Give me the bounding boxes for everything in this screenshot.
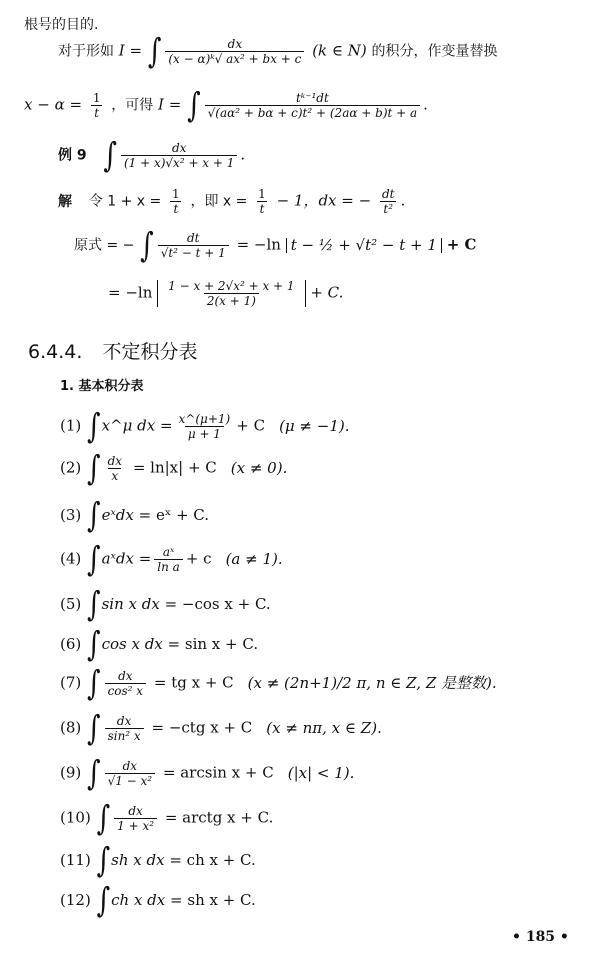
final-eq: = −ln — [108, 284, 152, 302]
formula-label: (1) — [60, 417, 81, 435]
integrand: ch x dx — [111, 891, 165, 909]
integral-sign-icon: ∫ — [87, 499, 101, 533]
formula-row: (11) ∫sh x dx = ch x + C. — [60, 848, 256, 874]
example-label: 例 9 — [58, 148, 87, 164]
fraction: 1 − x + 2√x² + x + 12(x + 1) — [165, 280, 297, 307]
sub-lhs: x − α = — [24, 96, 82, 114]
final-c: + C. — [310, 284, 343, 302]
formula-condition: (a ≠ 1). — [226, 550, 283, 568]
abs-expression: 1 − x + 2√x² + x + 12(x + 1) — [157, 280, 305, 307]
fraction: dxsin² x — [105, 715, 144, 742]
sub-mid: ，可得 — [111, 98, 153, 114]
formula-row: (5) ∫sin x dx = −cos x + C. — [60, 592, 271, 618]
formula-eq: = −ctg x + C — [151, 719, 252, 737]
formula-label: (4) — [60, 550, 81, 568]
fraction: x^(μ+1)μ + 1 — [176, 413, 234, 440]
formula-condition: (x ≠ nπ, x ∈ Z). — [266, 719, 382, 737]
section-title: 不定积分表 — [102, 341, 197, 363]
formula-row: (1) ∫x^μ dx =x^(μ+1)μ + 1+ C(μ ≠ −1). — [60, 413, 350, 440]
fraction: dxx — [105, 455, 125, 482]
integral-sign-icon: ∫ — [148, 35, 162, 69]
orig-label: 原式 = − — [74, 238, 134, 254]
integral-sign-icon: ∫ — [87, 588, 101, 622]
integral-sign-icon: ∫ — [87, 452, 101, 486]
sub-I: I = — [158, 96, 181, 114]
formula-row: (12) ∫ch x dx = sh x + C. — [60, 888, 256, 914]
formula-eq: = tg x + C — [154, 674, 234, 692]
formula-rest: + C — [236, 417, 265, 435]
formula-label: (10) — [60, 809, 91, 827]
formula-row: (4) ∫aˣdx =aˣln a+ c(a ≠ 1). — [60, 546, 283, 573]
fraction: dxcos² x — [105, 670, 147, 697]
formula-eq: = eˣ + C. — [139, 506, 209, 524]
integrand: sin x dx — [102, 595, 160, 613]
integral-sign-icon: ∫ — [87, 757, 101, 791]
formula-row: (2) ∫dxx = ln|x| + C(x ≠ 0). — [60, 455, 287, 482]
subsection-heading: 1. 基本积分表 — [60, 380, 144, 393]
intro-suffix: 的积分，作变量替换 — [372, 44, 498, 60]
fraction: tᵏ⁻¹dt√(aα² + bα + c)t² + (2aα + b)t + a — [205, 92, 421, 119]
solution-label: 解 — [58, 194, 72, 210]
formula-row: (9) ∫dx√1 − x² = arcsin x + C(|x| < 1). — [60, 760, 354, 787]
integral-sign-icon: ∫ — [87, 543, 101, 577]
section-heading: 6.4.4. 不定积分表 — [28, 343, 197, 362]
fraction: 1t — [169, 188, 183, 215]
formula-condition: (x ≠ 0). — [231, 459, 288, 477]
integral-sign-icon: ∫ — [87, 410, 101, 444]
intro-text: 根号的目的. — [24, 18, 98, 32]
formula-eq: = arctg x + C. — [165, 809, 274, 827]
formula-label: (5) — [60, 595, 81, 613]
fraction: dx1 + x² — [114, 805, 157, 832]
final-result: = −ln 1 − x + 2√x² + x + 12(x + 1) + C. — [108, 280, 343, 307]
abs-expression: t − ½ + √t² − t + 1 — [286, 238, 442, 253]
solution-line: 解 令 1 + x = 1t ，即 x = 1t − 1，dx = − dtt²… — [58, 188, 405, 215]
integrand: eˣdx — [102, 506, 134, 524]
formula-row: (6) ∫cos x dx = sin x + C. — [60, 632, 258, 658]
formula-label: (7) — [60, 674, 81, 692]
formula-label: (8) — [60, 719, 81, 737]
condition: (k ∈ N) — [312, 42, 367, 60]
integrand: x^μ dx — [102, 417, 156, 435]
formula-label: (2) — [60, 459, 81, 477]
fraction: dx√1 − x² — [105, 760, 156, 787]
integral-sign-icon: ∫ — [103, 139, 117, 173]
fraction: dx(x − α)ᵏ√ ax² + bx + c — [165, 38, 304, 65]
sol-text: 令 1 + x = — [89, 194, 161, 210]
formula-condition: (x ≠ (2n+1)/2 π, n ∈ Z, Z 是整数). — [248, 674, 497, 692]
integral-sign-icon: ∫ — [140, 229, 154, 263]
integral-sign-icon: ∫ — [87, 628, 101, 662]
formula-row: (3) ∫eˣdx = eˣ + C. — [60, 503, 209, 529]
integrand: cos x dx — [102, 635, 163, 653]
formula-label: (11) — [60, 851, 91, 869]
formula-row: (8) ∫dxsin² x = −ctg x + C(x ≠ nπ, x ∈ Z… — [60, 715, 382, 742]
formula-eq: = sh x + C. — [170, 891, 256, 909]
formula-eq: = — [160, 417, 173, 435]
original-expression: 原式 = − ∫dt√t² − t + 1 = −ln t − ½ + √t² … — [74, 232, 476, 259]
formula-label: (6) — [60, 635, 81, 653]
formula-eq: = sin x + C. — [168, 635, 259, 653]
integral-sign-icon: ∫ — [97, 802, 111, 836]
formula-row: (7) ∫dxcos² x = tg x + C(x ≠ (2n+1)/2 π,… — [60, 670, 497, 697]
integral-sign-icon: ∫ — [87, 667, 101, 701]
orig-c: + C — [447, 236, 477, 254]
formula-row: (10) ∫dx1 + x² = arctg x + C. — [60, 805, 273, 832]
formula-eq: = ln|x| + C — [133, 459, 217, 477]
formula-condition: (μ ≠ −1). — [279, 417, 349, 435]
integral-sign-icon: ∫ — [87, 712, 101, 746]
fraction: dt√t² − t + 1 — [158, 232, 229, 259]
formula-eq: = −cos x + C. — [165, 595, 271, 613]
integrand: aˣdx — [102, 550, 134, 568]
example-9: 例 9 ∫dx(1 + x)√x² + x + 1. — [58, 142, 245, 169]
formula-rest: + c — [186, 550, 212, 568]
fraction: dtt² — [379, 188, 398, 215]
integrand: sh x dx — [111, 851, 164, 869]
formula-condition: (|x| < 1). — [288, 764, 355, 782]
formula-label: (9) — [60, 764, 81, 782]
integral-lhs: I = — [119, 42, 142, 60]
sol-text: ，即 x = — [190, 194, 247, 210]
formula-eq: = ch x + C. — [169, 851, 255, 869]
substitution-line: x − α = 1t ，可得 I = ∫tᵏ⁻¹dt√(aα² + bα + c… — [24, 92, 428, 119]
formula-label: (12) — [60, 891, 91, 909]
formula-eq: = — [139, 550, 152, 568]
formula-label: (3) — [60, 506, 81, 524]
fraction: dx(1 + x)√x² + x + 1 — [121, 142, 237, 169]
formula-eq: = arcsin x + C — [163, 764, 274, 782]
integral-sign-icon: ∫ — [187, 89, 201, 123]
integral-sign-icon: ∫ — [97, 844, 111, 878]
orig-eq: = −ln — [237, 236, 281, 254]
page-number: • 185 • — [512, 930, 569, 944]
intro-prefix: 对于形如 — [58, 44, 114, 60]
section-number: 6.4.4. — [28, 341, 82, 363]
fraction: 1t — [90, 92, 104, 119]
integral-sign-icon: ∫ — [97, 884, 111, 918]
fraction: 1t — [255, 188, 269, 215]
sol-text: − 1，dx = − — [277, 192, 372, 210]
fraction: aˣln a — [154, 546, 183, 573]
intro-formula-line: 对于形如 I = ∫dx(x − α)ᵏ√ ax² + bx + c (k ∈ … — [58, 38, 498, 65]
